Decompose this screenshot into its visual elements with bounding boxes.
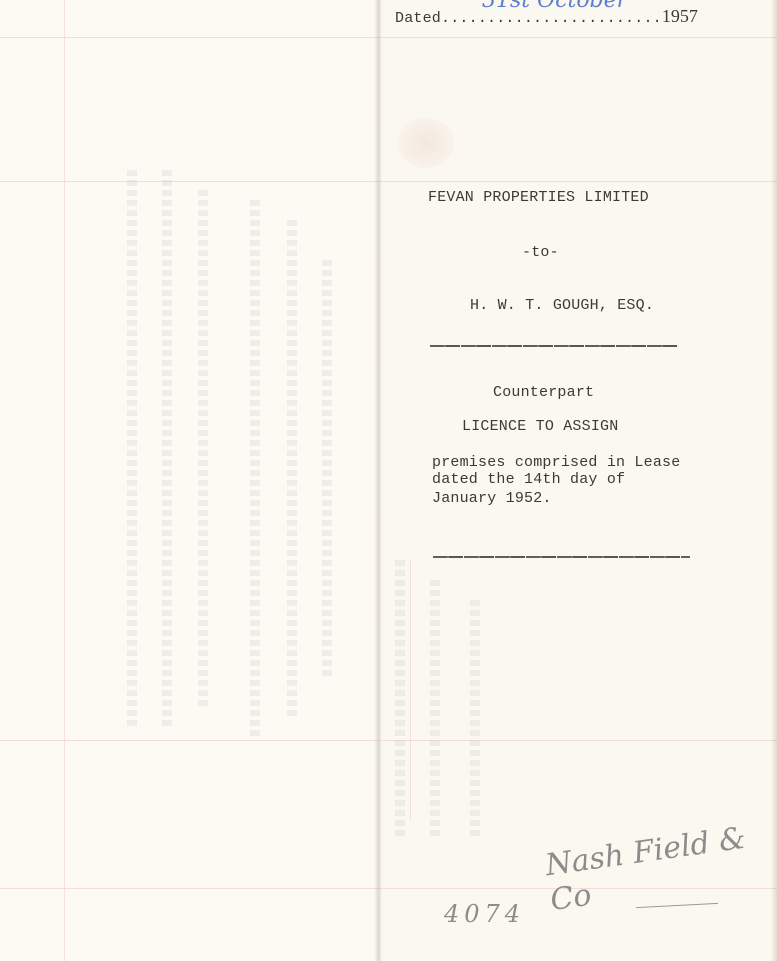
bleed-through-text [250, 200, 260, 740]
party-from: FEVAN PROPERTIES LIMITED [428, 189, 649, 206]
description-line-3: January 1952. [432, 490, 552, 507]
document-type: Counterpart [493, 384, 594, 401]
bleed-through-text [198, 190, 208, 710]
scanned-document: Dated........................1957 31st O… [0, 0, 777, 961]
page-edge [771, 0, 777, 961]
bleed-through-text [395, 560, 405, 840]
ruling-line [0, 740, 777, 741]
bleed-through-text [430, 580, 440, 840]
ruling-line [0, 181, 777, 182]
description-line-2: dated the 14th day of [432, 471, 625, 488]
description-line-1: premises comprised in Lease [432, 454, 680, 471]
handwritten-reference-number: 4074 [444, 900, 525, 928]
divider-rule [430, 345, 678, 347]
dated-year: 1957 [662, 6, 698, 26]
ruling-margin [64, 0, 65, 961]
handwritten-date: 31st October [482, 0, 627, 13]
bleed-through-text [322, 260, 332, 680]
bleed-through-text [470, 600, 480, 840]
bleed-through-text [162, 170, 172, 730]
bleed-through-text [127, 170, 137, 730]
party-to: H. W. T. GOUGH, ESQ. [470, 297, 654, 314]
dated-label: Dated [395, 10, 441, 27]
fold-line [374, 0, 382, 961]
divider-rule [433, 556, 690, 558]
document-title: LICENCE TO ASSIGN [462, 418, 618, 435]
bleed-through-text [287, 220, 297, 720]
ruling-margin [410, 560, 411, 820]
ruling-line [0, 37, 777, 38]
connector-to: -to- [522, 244, 559, 261]
faded-red-seal [398, 118, 454, 168]
